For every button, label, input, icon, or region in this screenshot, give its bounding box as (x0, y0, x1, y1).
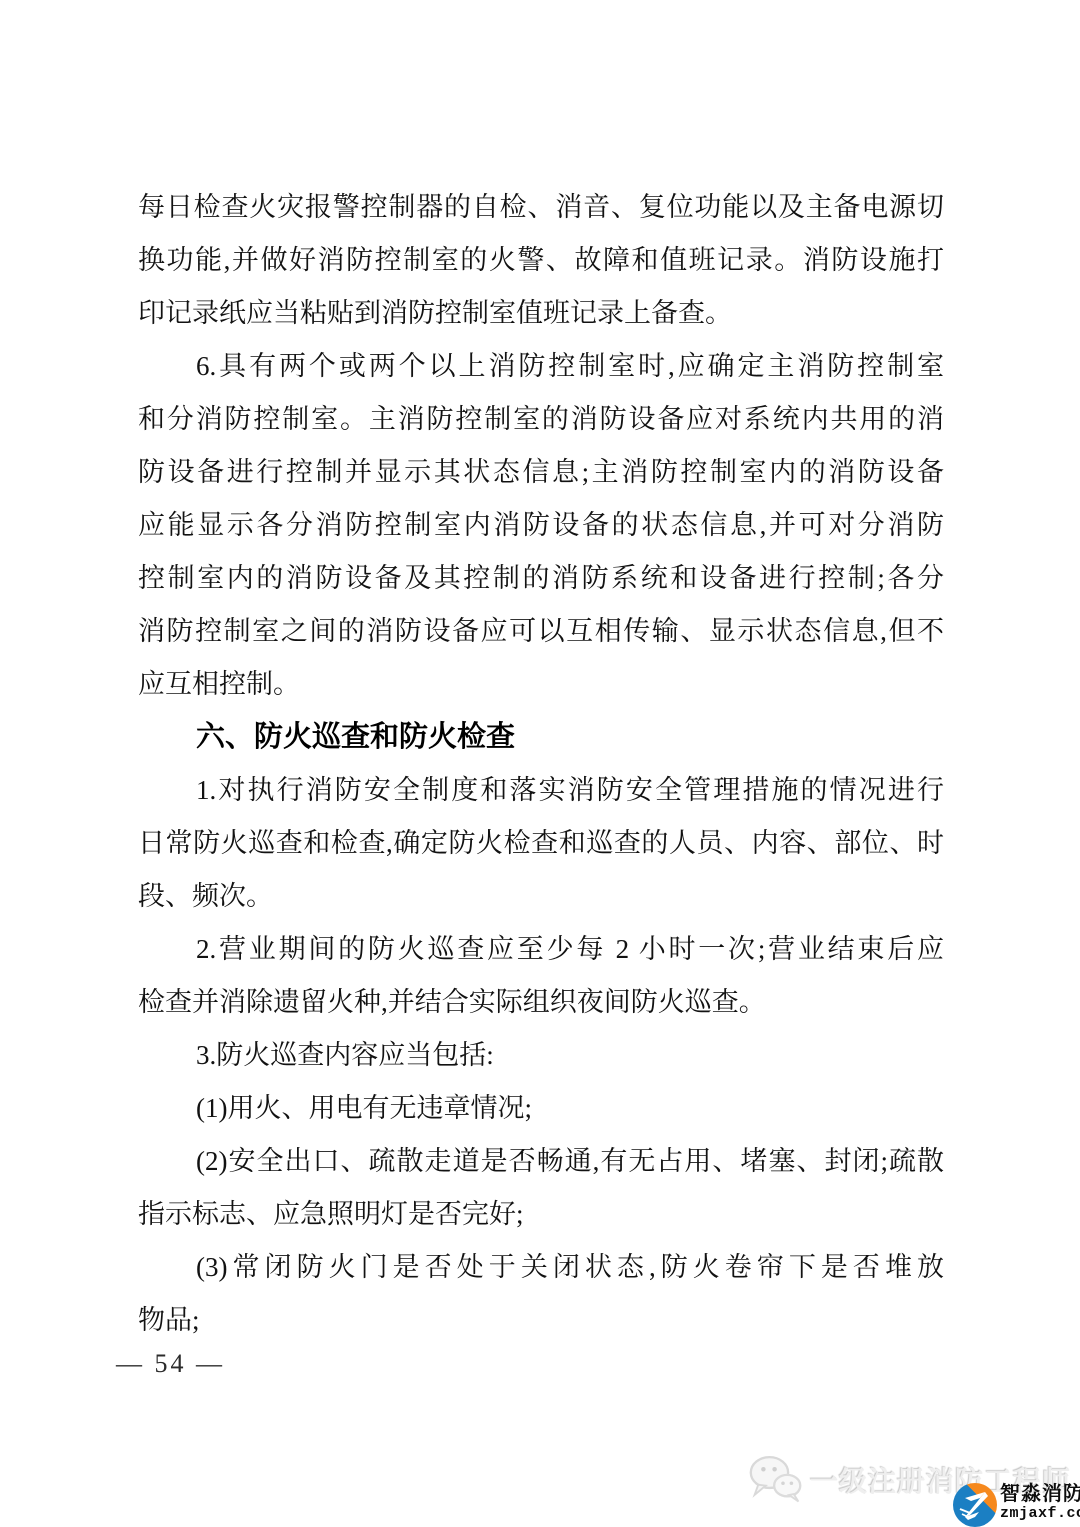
brand-logo-text: 智淼消防 zmjaxf.com (1000, 1483, 1080, 1522)
document-text-line: 控制室内的消防设备及其控制的消防系统和设备进行控制;各分 (138, 552, 944, 605)
document-text-line: 应能显示各分消防控制室内消防设备的状态信息,并可对分消防 (138, 499, 944, 552)
brand-name: 智淼消防 (1000, 1483, 1080, 1505)
document-text-line: 2.营业期间的防火巡查应至少每 2 小时一次;营业结束后应 (138, 923, 944, 976)
document-text-line: 防设备进行控制并显示其状态信息;主消防控制室内的消防设备 (138, 446, 944, 499)
document-text-line: 和分消防控制室。主消防控制室的消防设备应对系统内共用的消 (138, 393, 944, 446)
document-text-line: 指示标志、应急照明灯是否完好; (138, 1188, 944, 1241)
document-text-line: (3)常闭防火门是否处于关闭状态,防火卷帘下是否堆放 (138, 1241, 944, 1294)
document-text-line: 印记录纸应当粘贴到消防控制室值班记录上备查。 (138, 287, 944, 340)
document-text-line: 3.防火巡查内容应当包括: (138, 1029, 944, 1082)
document-page: 每日检查火灾报警控制器的自检、消音、复位功能以及主备电源切换功能,并做好消防控制… (0, 0, 1080, 1527)
page-number: — 54 — (116, 1349, 225, 1379)
document-text-line: 物品; (138, 1294, 944, 1347)
document-text-line: 换功能,并做好消防控制室的火警、故障和值班记录。消防设施打 (138, 234, 944, 287)
brand-logo: 智淼消防 zmjaxf.com (953, 1483, 1080, 1527)
document-text-line: 应互相控制。 (138, 658, 944, 711)
document-text-line: 检查并消除遗留火种,并结合实际组织夜间防火巡查。 (138, 976, 944, 1029)
document-text-line: 日常防火巡查和检查,确定防火检查和巡查的人员、内容、部位、时 (138, 817, 944, 870)
document-text-line: (1)用火、用电有无违章情况; (138, 1082, 944, 1135)
brand-domain: zmjaxf.com (1000, 1505, 1080, 1522)
document-text-line: 1.对执行消防安全制度和落实消防安全管理措施的情况进行 (138, 764, 944, 817)
document-text-line: 段、频次。 (138, 870, 944, 923)
section-heading: 六、防火巡查和防火检查 (138, 711, 944, 764)
document-text-line: 6.具有两个或两个以上消防控制室时,应确定主消防控制室 (138, 340, 944, 393)
document-text-line: (2)安全出口、疏散走道是否畅通,有无占用、堵塞、封闭;疏散 (138, 1135, 944, 1188)
document-text-line: 消防控制室之间的消防设备应可以互相传输、显示状态信息,但不 (138, 605, 944, 658)
document-text-line: 每日检查火灾报警控制器的自检、消音、复位功能以及主备电源切 (138, 181, 944, 234)
wechat-icon (748, 1452, 804, 1508)
document-body: 每日检查火灾报警控制器的自检、消音、复位功能以及主备电源切换功能,并做好消防控制… (138, 181, 944, 1347)
zhimiao-logo-icon (953, 1483, 997, 1527)
